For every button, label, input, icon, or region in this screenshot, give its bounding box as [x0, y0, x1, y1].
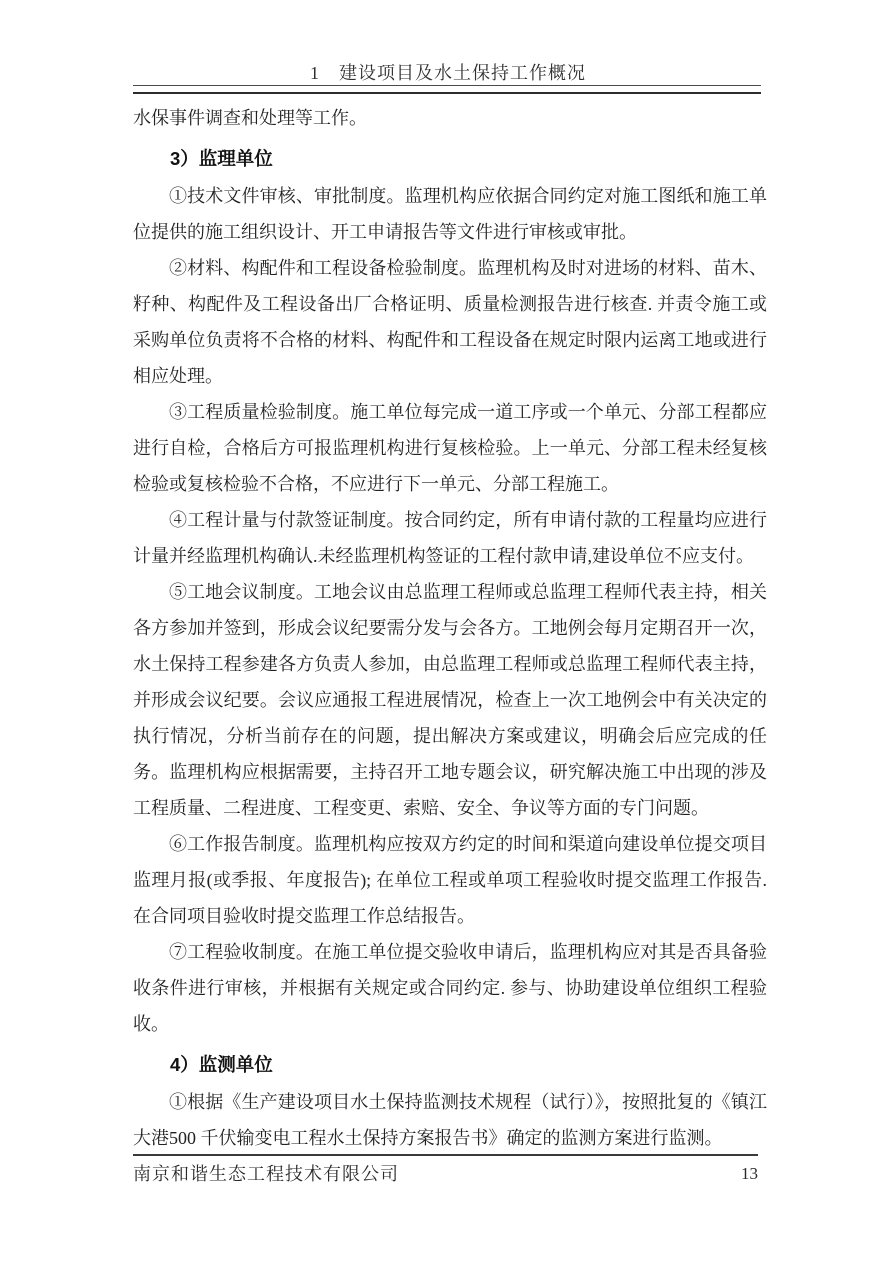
page-number: 13: [133, 1162, 758, 1186]
paragraph: ①技术文件审核、审批制度。监理机构应依据合同约定对施工图纸和施工单位提供的施工组…: [133, 178, 767, 250]
paragraph: ⑥工作报告制度。监理机构应按双方约定的时间和渠道向建设单位提交项目监理月报(或季…: [133, 826, 767, 934]
document-page: 1 建设项目及水土保持工作概况 水保事件调查和处理等工作。 3）监理单位 ①技术…: [0, 0, 892, 1263]
paragraph: ③工程质量检验制度。施工单位每完成一道工序或一个单元、分部工程都应进行自检，合格…: [133, 394, 767, 502]
paragraph: ⑦工程验收制度。在施工单位提交验收申请后，监理机构应对其是否具备验收条件进行审核…: [133, 934, 767, 1042]
paragraph: ②材料、构配件和工程设备检验制度。监理机构及时对进场的材料、苗木、籽种、构配件及…: [133, 250, 767, 394]
paragraph: 3）监理单位: [133, 141, 767, 177]
paragraph: ④工程计量与付款签证制度。按合同约定，所有申请付款的工程量均应进行计量并经监理机…: [133, 502, 767, 574]
paragraph: ①根据《生产建设项目水土保持监测技术规程（试行）》，按照批复的《镇江大港500 …: [133, 1084, 767, 1156]
chapter-header-title: 1 建设项目及水土保持工作概况: [133, 62, 763, 84]
paragraph: 4）监测单位: [133, 1047, 767, 1083]
footer-rule: [133, 1154, 758, 1156]
paragraph: 水保事件调查和处理等工作。: [133, 100, 767, 136]
paragraph: ⑤工地会议制度。工地会议由总监理工程师或总监理工程师代表主持，相关各方参加并签到…: [133, 574, 767, 826]
document-body: 水保事件调查和处理等工作。 3）监理单位 ①技术文件审核、审批制度。监理机构应依…: [133, 100, 767, 1156]
header-rule-bottom: [133, 92, 761, 94]
header-rule-top: [133, 85, 761, 86]
